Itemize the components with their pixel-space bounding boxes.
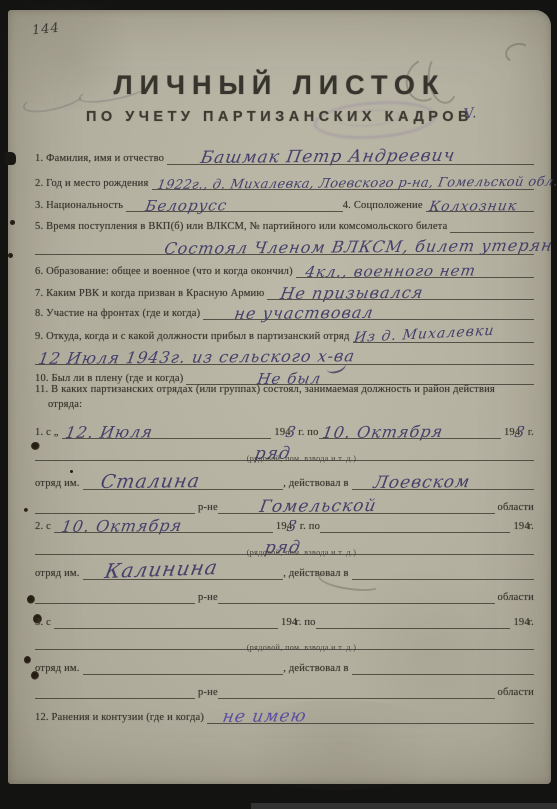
service-entry-unit: отряд им. , действовал в [35,655,534,675]
field-draft: 7. Каким РВК и когда призван в Красную А… [35,280,534,300]
field-captivity: 10. Был ли в плену (где и когда) Не был [35,365,534,385]
check-mark: V. [463,105,477,123]
printed-suffix: г. [525,617,534,629]
field-line: 10. Октября [54,512,273,533]
service-entry-region: р-не области [35,584,534,604]
service-entry-unit: отряд им. Сталина , действовал в Лоевско… [35,470,534,490]
field-party-membership-line2: Состоял Членом ВЛКСМ, билет утерян [35,235,534,255]
field-line: Колхозник [426,191,534,212]
position-caption: (рядовой, пом. взвода и т. д.) [35,548,534,557]
service-entry-dates: 1. с „ 12. Июля 1943 г. по 10. Октября 1… [35,419,534,439]
field-line: 4кл., военного нет [296,257,534,278]
field-line: 12 Июля 1943г. из сельского х-ва [35,344,534,365]
worm-hole [27,595,35,604]
handwritten-unit-name: Калинина [103,555,220,583]
acted-label: , действовал в [283,663,351,675]
unit-label: отряд им. [35,663,83,675]
acted-label: , действовал в [283,568,351,580]
page-number-handwritten: 144 [31,21,60,39]
field-wounds: 12. Ранения и контузии (где и когда) не … [35,704,534,724]
field-front-participation: 8. Участие на фронтах (где и когда) не у… [35,300,534,320]
field-surname: 1. Фамилия, имя и отчество Башмак Петр А… [35,145,534,165]
field-units-heading-line2: отряда: [48,399,534,410]
field-line: Калинина [83,559,284,580]
handwritten-value: Башмак Петр Андреевич [199,146,457,168]
ink-speck [8,253,13,258]
entry-number: 1. с „ [35,427,62,439]
printed-suffix: г. [525,521,534,533]
field-label: 3. Национальность [35,200,126,212]
field-label: 8. Участие на фронтах (где и когда) [35,308,203,320]
handwritten-value: не участвовал [233,303,375,323]
field-line [35,583,195,604]
handwritten-value: Состоял Членом ВЛКСМ, билет утерян [163,236,554,258]
field-line [54,608,278,629]
field-label: 4. Соцположение [343,200,426,212]
field-line: Башмак Петр Андреевич [167,144,494,165]
field-line [234,191,342,212]
field-line [316,608,511,629]
document-page: 144 ЛИЧНЫЙ ЛИСТОК ПО УЧЕТУ ПАРТИЗАНСКИХ … [8,10,551,784]
service-entry-region: р-не области [35,679,534,699]
field-line [494,144,534,165]
edge-tear-mark [5,152,16,165]
field-line [83,654,284,675]
field-line: 12. Июля [62,418,272,439]
unit-label: отряд им. [35,478,83,490]
field-arrival-line2: 12 Июля 1943г. из сельского х-ва [35,345,534,365]
field-line: Лоевском [352,469,534,490]
field-education: 6. Образование: общее и военное (что и к… [35,258,534,278]
field-line: 10. Октября [319,418,501,439]
scan-edge-strip [251,803,557,809]
field-line: 1922г., д. Михалевка, Лоевского р-на, Го… [152,169,534,190]
field-birth: 2. Год и место рождения 1922г., д. Михал… [35,170,534,190]
handwritten-acted-place: Лоевском [372,472,472,493]
field-line: Из д. Михалевки [353,322,535,343]
position-caption: (рядовой, пом. взвода и т. д.) [35,643,534,652]
position-caption: (рядовой, пом. взвода и т. д.) [35,454,534,463]
service-entry-unit: отряд им. Калинина , действовал в [35,560,534,580]
worm-hole [24,508,28,512]
field-label: 12. Ранения и контузии (где и когда) [35,712,207,724]
printed-suffix: г. по [292,617,315,629]
field-party-membership: 5. Время поступления в ВКП(б) или ВЛКСМ,… [35,213,534,233]
field-line: Не призывался [267,279,534,300]
field-label: 2. Год и место рождения [35,178,152,190]
handwritten-value: Из д. Михалевки [353,323,495,346]
field-line: Состоял Членом ВЛКСМ, билет утерян [35,234,534,255]
handwritten-date-to: 10. Октября [321,422,445,442]
field-line: Гомельской [218,493,495,514]
handwritten-date-from: 10. Октября [60,516,184,536]
rayon-label: р-не [195,687,218,699]
field-line [352,654,534,675]
entry-number: 2. с [35,521,54,533]
field-line: не имею [207,703,534,724]
field-label: 5. Время поступления в ВКП(б) или ВЛКСМ,… [35,221,450,233]
field-line: Не был [186,364,534,385]
field-line: Сталина [83,469,284,490]
oblast-label: области [495,592,535,604]
field-line: Белорусс [126,191,234,212]
field-line: не участвовал [203,299,534,320]
field-line [218,678,495,699]
field-label: 1. Фамилия, имя и отчество [35,153,167,165]
printed-suffix: г. [525,427,534,439]
printed-suffix: г. по [295,427,318,439]
unit-label: отряд им. [35,568,83,580]
ink-speck [10,220,15,225]
handwritten-unit-name: Сталина [99,470,202,493]
field-arrival: 9. Откуда, когда и с какой должности при… [35,323,534,343]
acted-label: , действовал в [283,478,351,490]
field-line [35,493,195,514]
pencil-scribble [503,41,532,65]
field-line [352,559,534,580]
field-line [35,678,195,699]
form-title: ЛИЧНЫЙ ЛИСТОК [8,70,551,101]
printed-suffix: г. по [297,521,320,533]
field-label: 9. Откуда, когда и с какой должности при… [35,331,353,343]
service-entry-dates: 2. с 10. Октября 1943 г. по 194 г. [35,513,534,533]
field-label: 6. Образование: общее и военное (что и к… [35,266,296,278]
scan-frame: 144 ЛИЧНЫЙ ЛИСТОК ПО УЧЕТУ ПАРТИЗАНСКИХ … [0,0,557,809]
field-units-heading: 11. В каких партизанских отрядах (или гр… [35,384,534,395]
field-line [320,512,510,533]
field-line [450,212,534,233]
field-nationality-social: 3. Национальность Белорусс 4. Соцположен… [35,192,534,212]
entry-number: 3. с [35,617,54,629]
worm-hole [24,656,31,664]
service-entry-dates: 3. с 194 г. по 194 г. [35,609,534,629]
rayon-label: р-не [195,592,218,604]
service-entry-region: р-не Гомельской области [35,494,534,514]
field-line [218,583,495,604]
oblast-label: области [495,687,535,699]
handwritten-value: не имею [221,706,308,727]
